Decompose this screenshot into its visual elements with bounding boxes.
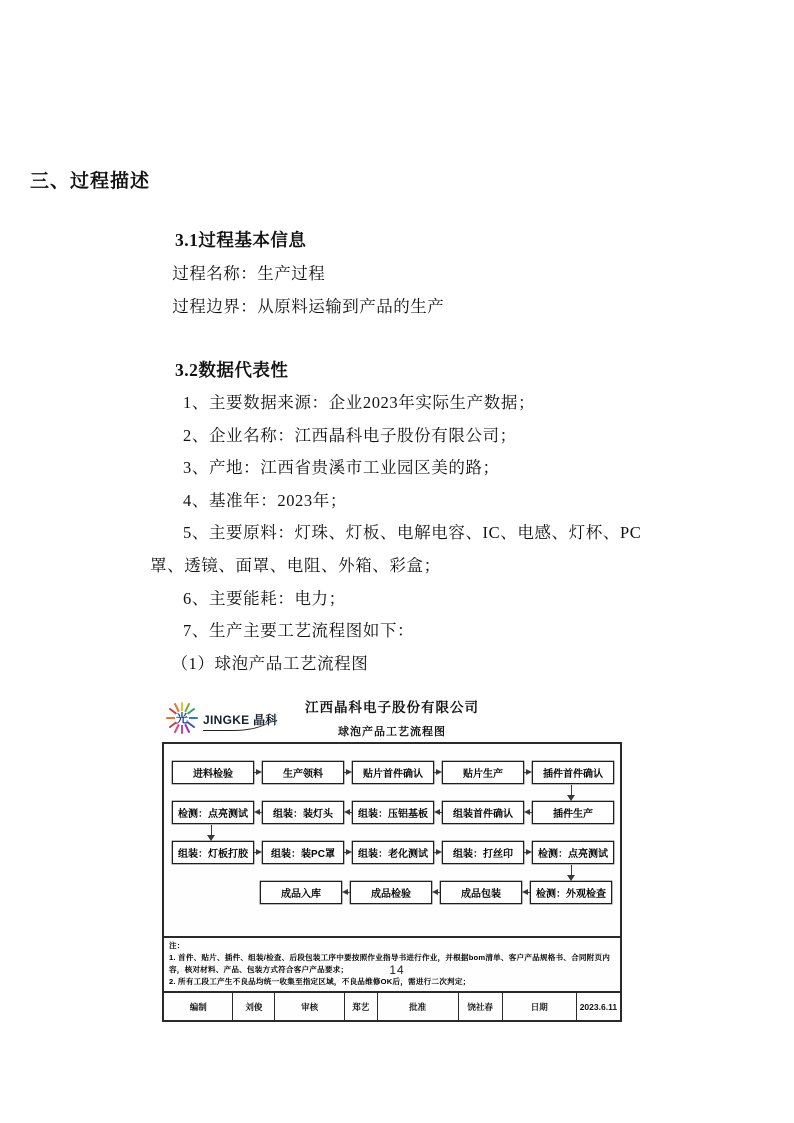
body-text-block: 3.1过程基本信息 过程名称：生产过程 过程边界：从原料运输到产品的生产 3.2… [150, 227, 658, 680]
flow-step: 成品入库 [260, 881, 342, 904]
flow-step: 组装首件确认 [442, 801, 524, 824]
logo-wordmark: JINGKE 晶科 [203, 711, 278, 731]
process-name-line: 过程名称：生产过程 [150, 258, 658, 291]
signoff-cell: 审核 [274, 993, 343, 1020]
list-item: 6、主要能耗：电力； [150, 583, 658, 616]
list-item: 2、企业名称：江西晶科电子股份有限公司； [150, 420, 658, 453]
list-item: 1、主要数据来源：企业2023年实际生产数据； [150, 387, 658, 420]
flow-step: 检测：点亮测试 [172, 801, 254, 824]
arrow-left-icon [432, 889, 440, 895]
page-number: 14 [0, 963, 794, 977]
flow-step: 组装：装PC罩 [262, 841, 344, 864]
flowchart-diagram: 进料检验 生产领料 贴片首件确认 贴片生产 插件首件确认 检测：点亮测试 组装：… [164, 744, 620, 936]
flowchart-header: 光 JINGKE 晶科 江西晶科电子股份有限公司 球泡产品工艺流程图 [162, 694, 622, 740]
signoff-cell: 郑艺 [344, 993, 377, 1020]
flow-step: 检测：外观检查 [530, 881, 612, 904]
jingke-logo: 光 JINGKE 晶科 [164, 700, 278, 741]
list-item: 7、生产主要工艺流程图如下： [150, 615, 658, 648]
flowchart-signoff-table: 编制 刘俊 审核 郑艺 批准 饶社春 日期 2023.6.11 [164, 991, 620, 1020]
arrow-down-icon [571, 785, 572, 795]
numbered-list: 1、主要数据来源：企业2023年实际生产数据； 2、企业名称：江西晶科电子股份有… [150, 387, 658, 680]
flow-step: 进料检验 [172, 761, 254, 784]
signoff-date-cell: 2023.6.11 [576, 993, 620, 1020]
document-page: 三、过程描述 3.1过程基本信息 过程名称：生产过程 过程边界：从原料运输到产品… [0, 0, 794, 1123]
list-item: 4、基准年：2023年； [150, 485, 658, 518]
flow-step: 插件生产 [532, 801, 614, 824]
flow-step: 生产领料 [262, 761, 344, 784]
arrow-right-icon [344, 769, 352, 775]
arrow-down-icon [211, 825, 212, 835]
flow-row-4: 成品入库 成品检验 成品包装 检测：外观检查 [164, 880, 620, 904]
arrow-right-icon [254, 769, 262, 775]
flow-step: 插件首件确认 [532, 761, 614, 784]
subsection-3-1-title: 3.1过程基本信息 [175, 227, 658, 252]
process-boundary-line: 过程边界：从原料运输到产品的生产 [150, 291, 658, 324]
flow-step: 贴片首件确认 [352, 761, 434, 784]
flow-step: 组装：打丝印 [442, 841, 524, 864]
list-item: （1）球泡产品工艺流程图 [150, 648, 658, 681]
flow-step: 组装：灯板打胶 [172, 841, 254, 864]
signoff-cell: 饶社春 [458, 993, 502, 1020]
flow-row-2: 检测：点亮测试 组装：装灯头 组装：压铝基板 组装首件确认 插件生产 [164, 800, 620, 824]
empty-slot [172, 882, 252, 903]
note-line: 2. 所有工段工产生不良品均统一收集至指定区域，不良品维修OK后，需进行二次判定… [169, 976, 615, 988]
signoff-cell: 日期 [502, 993, 576, 1020]
flow-step: 组装：装灯头 [262, 801, 344, 824]
subsection-3-2-title: 3.2数据代表性 [175, 357, 658, 382]
svg-text:光: 光 [176, 711, 188, 726]
signoff-cell: 编制 [164, 993, 232, 1020]
arrow-left-icon [254, 809, 262, 815]
flowchart-frame: 进料检验 生产领料 贴片首件确认 贴片生产 插件首件确认 检测：点亮测试 组装：… [162, 742, 622, 1022]
flow-step: 成品包装 [440, 881, 522, 904]
signoff-cell: 刘俊 [232, 993, 274, 1020]
flow-row-1: 进料检验 生产领料 贴片首件确认 贴片生产 插件首件确认 [164, 760, 620, 784]
arrow-left-icon [342, 889, 350, 895]
arrow-right-icon [254, 849, 262, 855]
arrow-right-icon [524, 769, 532, 775]
arrow-right-icon [434, 769, 442, 775]
arrow-right-icon [344, 849, 352, 855]
flow-step: 检测：点亮测试 [532, 841, 614, 864]
arrow-left-icon [522, 889, 530, 895]
arrow-left-icon [524, 809, 532, 815]
notes-label: 注： [169, 940, 615, 952]
flow-step: 组装：老化测试 [352, 841, 434, 864]
flow-step: 成品检验 [350, 881, 432, 904]
starburst-logo-icon: 光 [164, 700, 200, 741]
arrow-left-icon [344, 809, 352, 815]
flow-step: 贴片生产 [442, 761, 524, 784]
list-item: 5、主要原料：灯珠、灯板、电解电容、IC、电感、灯杯、PC罩、透镜、面罩、电阻、… [150, 517, 658, 582]
flow-row-3: 组装：灯板打胶 组装：装PC罩 组装：老化测试 组装：打丝印 检测：点亮测试 [164, 840, 620, 864]
flow-step: 组装：压铝基板 [352, 801, 434, 824]
section-heading: 三、过程描述 [0, 0, 794, 193]
arrow-right-icon [434, 849, 442, 855]
arrow-left-icon [434, 809, 442, 815]
signoff-cell: 批准 [377, 993, 458, 1020]
arrow-down-icon [571, 865, 572, 875]
arrow-right-icon [524, 849, 532, 855]
list-item: 3、产地：江西省贵溪市工业园区美的路； [150, 452, 658, 485]
